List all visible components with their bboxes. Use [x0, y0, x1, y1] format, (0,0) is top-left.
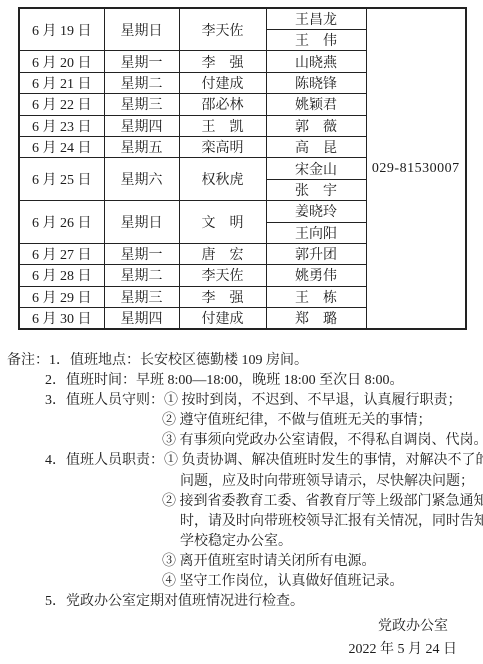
- staff-cell: 王 栋: [266, 286, 366, 307]
- leader-cell: 栾高明: [179, 136, 266, 157]
- date-cell: 6 月 20 日: [19, 51, 104, 72]
- note-line: 4．值班人员职责：① 负责协调、解决值班时发生的事情，对解决不了的: [0, 451, 483, 471]
- weekday-cell: 星期三: [104, 286, 179, 307]
- leader-cell: 文 明: [179, 201, 266, 244]
- weekday-cell: 星期四: [104, 115, 179, 136]
- note-line: 备注：1．值班地点：长安校区德勤楼 109 房间。: [0, 351, 483, 371]
- note-line: ② 遵守值班纪律，不做与值班无关的事情；: [0, 411, 483, 431]
- duty-roster-table: 6 月 19 日星期日李天佐王昌龙029-81530007王 伟6 月 20 日…: [18, 7, 467, 330]
- signature-block: 党政办公室 2022 年 5 月 24 日: [0, 615, 483, 661]
- weekday-cell: 星期一: [104, 243, 179, 264]
- date-cell: 6 月 24 日: [19, 136, 104, 157]
- weekday-cell: 星期三: [104, 94, 179, 115]
- date-cell: 6 月 22 日: [19, 94, 104, 115]
- staff-cell: 郭升团: [266, 243, 366, 264]
- date-cell: 6 月 21 日: [19, 72, 104, 93]
- note-line: ② 接到省委教育工委、省教育厅等上级部门紧急通知: [0, 492, 483, 512]
- note-line: ③ 离开值班室时请关闭所有电源。: [0, 552, 483, 572]
- date-cell: 6 月 23 日: [19, 115, 104, 136]
- note-line: ③ 有事须向党政办公室请假，不得私自调岗、代岗。: [0, 431, 483, 451]
- date-cell: 6 月 26 日: [19, 201, 104, 244]
- leader-cell: 权秋虎: [179, 158, 266, 201]
- weekday-cell: 星期日: [104, 201, 179, 244]
- note-line: ④ 坚守工作岗位，认真做好值班记录。: [0, 572, 483, 592]
- leader-cell: 王 凯: [179, 115, 266, 136]
- date-cell: 6 月 25 日: [19, 158, 104, 201]
- date-cell: 6 月 28 日: [19, 265, 104, 286]
- weekday-cell: 星期五: [104, 136, 179, 157]
- document-page: 6 月 19 日星期日李天佐王昌龙029-81530007王 伟6 月 20 日…: [0, 0, 483, 664]
- date-cell: 6 月 19 日: [19, 8, 104, 51]
- leader-cell: 李天佐: [179, 8, 266, 51]
- staff-cell: 王向阳: [266, 222, 366, 243]
- staff-cell: 高 昆: [266, 136, 366, 157]
- leader-cell: 邵必林: [179, 94, 266, 115]
- date-cell: 6 月 27 日: [19, 243, 104, 264]
- leader-cell: 李天佐: [179, 265, 266, 286]
- leader-cell: 李 强: [179, 286, 266, 307]
- leader-cell: 付建成: [179, 72, 266, 93]
- staff-cell: 陈晓锋: [266, 72, 366, 93]
- staff-cell: 姚勇伟: [266, 265, 366, 286]
- duty-table-body: 6 月 19 日星期日李天佐王昌龙029-81530007王 伟6 月 20 日…: [19, 8, 466, 329]
- staff-cell: 王昌龙: [266, 8, 366, 30]
- signature-date: 2022 年 5 月 24 日: [0, 638, 483, 661]
- note-line: 问题，应及时向带班领导请示，尽快解决问题；: [0, 472, 483, 492]
- phone-cell: 029-81530007: [366, 8, 466, 329]
- staff-cell: 姚颖君: [266, 94, 366, 115]
- leader-cell: 付建成: [179, 308, 266, 330]
- note-line: 3．值班人员守则：① 按时到岗，不迟到、不早退，认真履行职责；: [0, 391, 483, 411]
- signature-org: 党政办公室: [0, 615, 483, 638]
- notes: 备注：1．值班地点：长安校区德勤楼 109 房间。2．值班时间：早班 8:00—…: [0, 351, 483, 612]
- staff-cell: 郑 璐: [266, 308, 366, 330]
- note-line: 时，请及时向带班校领导汇报有关情况，同时告知: [0, 512, 483, 532]
- staff-cell: 宋金山: [266, 158, 366, 179]
- date-cell: 6 月 29 日: [19, 286, 104, 307]
- staff-cell: 山晓燕: [266, 51, 366, 72]
- table-row: 6 月 19 日星期日李天佐王昌龙029-81530007: [19, 8, 466, 30]
- weekday-cell: 星期一: [104, 51, 179, 72]
- note-line: 2．值班时间：早班 8:00—18:00，晚班 18:00 至次日 8:00。: [0, 371, 483, 391]
- staff-cell: 姜晓玲: [266, 201, 366, 222]
- date-cell: 6 月 30 日: [19, 308, 104, 330]
- weekday-cell: 星期六: [104, 158, 179, 201]
- note-line: 学校稳定办公室。: [0, 532, 483, 552]
- leader-cell: 唐 宏: [179, 243, 266, 264]
- weekday-cell: 星期二: [104, 265, 179, 286]
- note-line: 5．党政办公室定期对值班情况进行检查。: [0, 592, 483, 612]
- weekday-cell: 星期四: [104, 308, 179, 330]
- weekday-cell: 星期日: [104, 8, 179, 51]
- staff-cell: 王 伟: [266, 30, 366, 51]
- weekday-cell: 星期二: [104, 72, 179, 93]
- staff-cell: 张 宇: [266, 179, 366, 200]
- leader-cell: 李 强: [179, 51, 266, 72]
- staff-cell: 郭 薇: [266, 115, 366, 136]
